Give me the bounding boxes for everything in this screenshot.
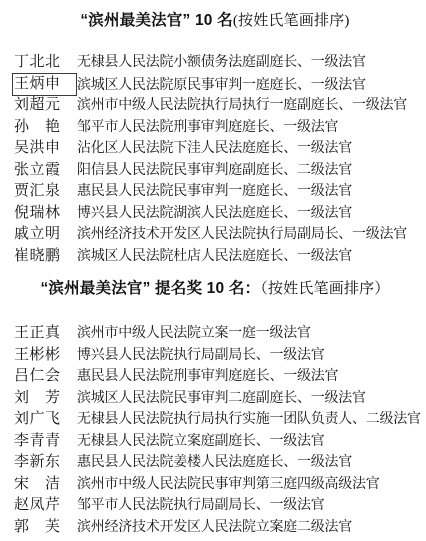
awards-title-main: “滨州最美法官” 10 名 [80, 12, 232, 29]
judge-name: 刘广飞 [14, 409, 77, 431]
judge-title-description: 滨州市中级人民法院执行局执行一庭副庭长、一级法官 [77, 98, 407, 113]
judge-name: 刘 芳 [14, 388, 77, 410]
judge-entry-row: 刘 芳滨城区人民法院民事审判二庭副庭长、一级法官 [14, 387, 416, 409]
judge-entry-row: 丁北北无棣县人民法院小额债务法庭副庭长、一级法官 [14, 51, 416, 73]
judge-entry-row: 王彬彬博兴县人民法院执行局副局长、一级法官 [14, 344, 416, 366]
judge-entry-row: 张立霞阳信县人民法院民事审判庭副庭长、二级法官 [14, 159, 416, 181]
judge-entry-row: 刘超元滨州市中级人民法院执行局执行一庭副庭长、一级法官 [14, 94, 416, 116]
document-page: “滨州最美法官” 10 名(按姓氏笔画排序) 丁北北无棣县人民法院小额债务法庭副… [0, 0, 426, 541]
judge-name: 李青青 [14, 431, 77, 453]
judge-entry-row: 贾汇泉惠民县人民法院民事审判一庭庭长、一级法官 [14, 180, 416, 202]
judge-name: 王炳申 [12, 73, 77, 97]
judge-entry-row: 王炳申滨城区人民法院原民事审判一庭庭长、一级法官 [14, 73, 416, 95]
judge-title-description: 惠民县人民法院刑事审判庭庭长、一级法官 [77, 369, 338, 384]
judge-title-description: 滨州市中级人民法院立案一庭一级法官 [77, 326, 311, 341]
awards-judge-list: 丁北北无棣县人民法院小额债务法庭副庭长、一级法官 王炳申滨城区人民法院原民事审判… [14, 51, 416, 266]
judge-entry-row: 郭 芙滨州经济技术开发区人民法院立案庭二级法官 [14, 516, 416, 538]
awards-section-title: “滨州最美法官” 10 名(按姓氏笔画排序) [14, 10, 416, 32]
judge-title-description: 无棣县人民法院小额债务法庭副庭长、一级法官 [77, 55, 366, 70]
judge-entry-row: 吴洪申沾化区人民法院下洼人民法庭庭长、一级法官 [14, 137, 416, 159]
judge-name: 李新东 [14, 452, 77, 474]
awards-title-sort-note: (按姓氏笔画排序) [233, 13, 350, 29]
judge-title-description: 无棣县人民法院立案庭副庭长、一级法官 [77, 434, 325, 449]
judge-title-description: 阳信县人民法院民事审判庭副庭长、二级法官 [77, 163, 352, 178]
judge-name: 王正真 [14, 323, 77, 345]
judge-entry-row: 王正真滨州市中级人民法院立案一庭一级法官 [14, 322, 416, 344]
nominees-title-main: “滨州最美法官” 提名奖 10 名： [40, 280, 260, 297]
judge-name: 吴洪申 [14, 138, 77, 160]
judge-title-description: 滨州经济技术开发区人民法院立案庭二级法官 [77, 520, 352, 535]
judge-entry-row: 倪瑞林博兴县人民法院湖滨人民法庭庭长、一级法官 [14, 202, 416, 224]
judge-title-description: 滨城区人民法院杜店人民法庭庭长、一级法官 [77, 249, 352, 264]
judge-title-description: 惠民县人民法院民事审判一庭庭长、一级法官 [77, 184, 352, 199]
judge-name: 刘超元 [14, 95, 77, 117]
judge-name: 贾汇泉 [14, 181, 77, 203]
nominees-section-title: “滨州最美法官” 提名奖 10 名：（按姓氏笔画排序） [14, 278, 416, 300]
judge-title-description: 无棣县人民法院执行局执行实施一团队负责人、二级法官 [77, 412, 421, 427]
judge-name: 孙 艳 [14, 117, 77, 139]
judge-entry-row: 李新东惠民县人民法院姜楼人民法庭庭长、一级法官 [14, 451, 416, 473]
judge-entry-row: 孙 艳邹平市人民法院刑事审判庭庭长、一级法官 [14, 116, 416, 138]
judge-title-description: 博兴县人民法院湖滨人民法庭庭长、一级法官 [77, 206, 352, 221]
judge-title-description: 博兴县人民法院执行局副局长、一级法官 [77, 348, 325, 363]
nominees-title-sort-note: （按姓氏笔画排序） [260, 281, 389, 297]
judge-name: 王彬彬 [14, 345, 77, 367]
nominees-judge-list: 王正真滨州市中级人民法院立案一庭一级法官 王彬彬博兴县人民法院执行局副局长、一级… [14, 322, 416, 537]
judge-title-description: 沾化区人民法院下洼人民法庭庭长、一级法官 [77, 141, 352, 156]
judge-name: 崔晓鹏 [14, 246, 77, 268]
judge-name: 丁北北 [14, 52, 77, 74]
judge-title-description: 滨州经济技术开发区人民法院执行局副局长、一级法官 [77, 227, 407, 242]
judge-entry-row: 刘广飞无棣县人民法院执行局执行实施一团队负责人、二级法官 [14, 408, 416, 430]
judge-title-description: 滨城区人民法院原民事审判一庭庭长、一级法官 [77, 78, 366, 93]
judge-entry-row: 崔晓鹏滨城区人民法院杜店人民法庭庭长、一级法官 [14, 245, 416, 267]
judge-name: 赵凤芹 [14, 495, 77, 517]
judge-title-description: 邹平市人民法院刑事审判庭庭长、一级法官 [77, 120, 338, 135]
judge-title-description: 滨州市中级人民法院民事审判第三庭四级高级法官 [77, 477, 380, 492]
judge-title-description: 滨城区人民法院民事审判二庭副庭长、一级法官 [77, 391, 366, 406]
judge-entry-row: 李青青无棣县人民法院立案庭副庭长、一级法官 [14, 430, 416, 452]
judge-name: 倪瑞林 [14, 203, 77, 225]
judge-entry-row: 戚立明滨州经济技术开发区人民法院执行局副局长、一级法官 [14, 223, 416, 245]
judge-entry-row: 吕仁会惠民县人民法院刑事审判庭庭长、一级法官 [14, 365, 416, 387]
judge-entry-row: 宋 洁滨州市中级人民法院民事审判第三庭四级高级法官 [14, 473, 416, 495]
judge-title-description: 邹平市人民法院执行局副局长、一级法官 [77, 498, 325, 513]
judge-name: 宋 洁 [14, 474, 77, 496]
judge-title-description: 惠民县人民法院姜楼人民法庭庭长、一级法官 [77, 455, 352, 470]
judge-entry-row: 赵凤芹邹平市人民法院执行局副局长、一级法官 [14, 494, 416, 516]
judge-name: 张立霞 [14, 160, 77, 182]
judge-name: 吕仁会 [14, 366, 77, 388]
judge-name: 郭 芙 [14, 517, 77, 539]
judge-name: 戚立明 [14, 224, 77, 246]
